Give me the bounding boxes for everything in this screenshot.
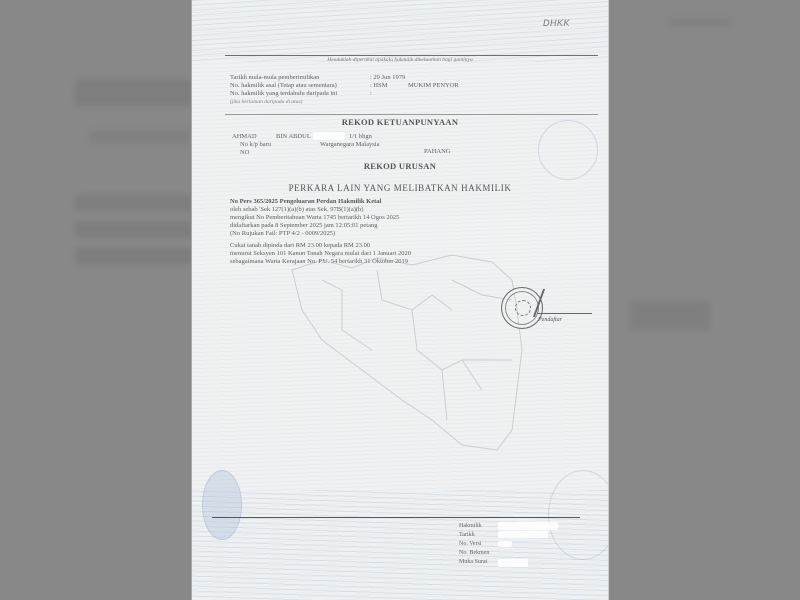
tax-line: Cukai tanah dipinda dari RM 23.00 kepada… (230, 242, 370, 249)
footer-label: Hakmilik (459, 523, 482, 529)
guilloche-pattern (192, 0, 608, 62)
blurred-background-text (75, 80, 195, 106)
ornament-watermark (202, 470, 242, 540)
footer-label: Tarikh (459, 532, 475, 538)
no-label: NO (240, 149, 249, 156)
id-label: No k/p baru (240, 141, 271, 148)
matter-line: oleh sebab 'Sek 127(1)(a)(b) atas Sek. 9… (230, 206, 363, 213)
field-label: No. hakmilik asal (Tetap atau sementara) (230, 82, 337, 89)
document-code: DHKK (543, 18, 570, 28)
blurred-background-signature (630, 300, 710, 330)
blurred-background-text (670, 18, 730, 26)
ownership-heading: REKOD KETUANPUNYAAN (192, 117, 608, 127)
owner-name-first: AHMAD (232, 133, 257, 140)
redacted-field (498, 522, 558, 530)
footer-label: Muka Surat (459, 559, 487, 565)
field-note: (jika berlainan daripada di atas) (230, 99, 302, 105)
redacted-field (498, 559, 528, 567)
guilloche-pattern (192, 490, 608, 600)
map-watermark (282, 250, 602, 460)
blurred-background-text (75, 195, 195, 211)
tax-line: menurut Seksyen 101 Kanun Tanah Negara m… (230, 250, 411, 257)
divider (225, 55, 598, 56)
divider (225, 114, 598, 115)
citizenship: Warganegara Malaysia (320, 141, 379, 148)
redacted-field (498, 541, 512, 547)
divider (212, 517, 580, 518)
matter-line: No Pers 365/2025 Pengeluaran Perdan Hakm… (230, 198, 381, 205)
state: PAHANG (424, 148, 451, 155)
dealings-heading: REKOD URUSAN (192, 161, 608, 171)
blurred-background-text (75, 248, 195, 264)
redacted-field (313, 132, 345, 140)
signature-label: Pendaftar (538, 317, 562, 323)
matter-line: didaftarkan pada 8 September 2025 jam 12… (230, 222, 377, 229)
matter-line: (No Rujukan Fail: PTP 4/2 - 0009/2025) (230, 230, 335, 237)
owner-share: 1/1 bhgn (349, 133, 372, 140)
field-value: : HSM (370, 82, 388, 89)
ornament-watermark (538, 120, 598, 180)
blurred-background-text (75, 222, 195, 238)
field-value-extra: MUKIM PENYOR (408, 82, 459, 89)
land-title-document: DHKK Hendaklah diperakui apakala hakmili… (191, 0, 609, 600)
field-value: : 29 Jun 1979 (370, 74, 405, 81)
field-label: Tarikh mula-mula pemberimilikan (230, 74, 319, 81)
footer-label: No. Versi (459, 541, 482, 547)
blurred-background-text (90, 130, 190, 144)
caption: Hendaklah diperakui apakala hakmilik dik… (192, 57, 608, 63)
field-value: : (370, 90, 372, 97)
ornament-watermark (548, 470, 609, 560)
signature-line (537, 313, 592, 314)
matter-line: mengikut No Pemberitahuan Warta 1745 ber… (230, 214, 399, 221)
footer-label: No. Bekmen (459, 550, 489, 556)
other-matters-heading: PERKARA LAIN YANG MELIBATKAN HAKMILIK (192, 183, 608, 193)
redacted-field (498, 531, 548, 538)
owner-name-rest: BIN ABDUL (276, 133, 311, 140)
tax-line: sebagaimana Warta Kerajaan No. P.U. 54 b… (230, 258, 408, 265)
field-label: No. hakmilik yang terdahulu daripada ini (230, 90, 337, 97)
